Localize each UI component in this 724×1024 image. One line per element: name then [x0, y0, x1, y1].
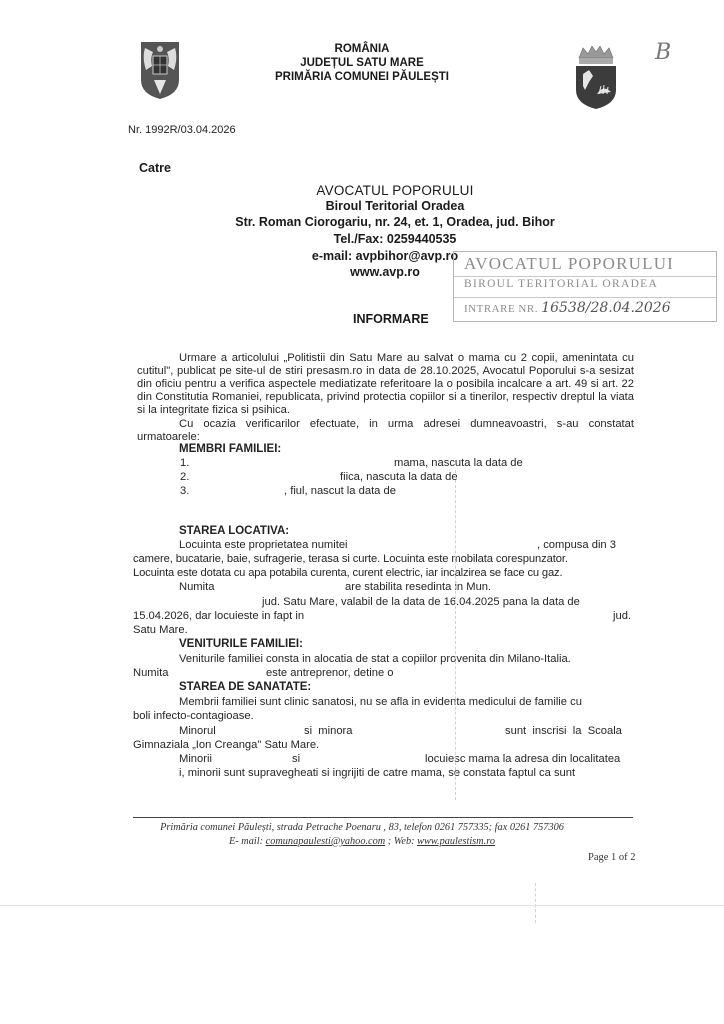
health-line-3b: si minora: [304, 725, 353, 737]
footer-email-link[interactable]: comunapaulesti@yahoo.com: [266, 836, 386, 847]
addressee-address: Str. Roman Ciorogariu, nr. 24, et. 1, Or…: [160, 215, 630, 229]
stamp-divider: [454, 276, 716, 277]
footer-email-label: E- mail:: [229, 836, 263, 847]
family-item-2-text: fiica, nascuta la data de: [340, 471, 458, 483]
footer-contacts: E- mail: comunapaulesti@yahoo.com ; Web:…: [0, 836, 724, 847]
addressee-office: Biroul Teritorial Oradea: [160, 199, 630, 213]
income-line-2a: Numita: [133, 667, 168, 679]
housing-line-2: camere, bucatarie, baie, sufragerie, ter…: [133, 553, 568, 565]
stamp-entry-value: 16538/28.04.2026: [541, 300, 670, 316]
health-line-2: boli infecto-contagioase.: [133, 710, 254, 722]
footer-divider: [133, 817, 633, 818]
housing-line-6b: jud.: [613, 610, 631, 622]
health-line-3a: Minorul: [179, 725, 216, 737]
housing-line-7: Satu Mare.: [133, 624, 188, 636]
footer-web-link[interactable]: www.paulestism.ro: [417, 836, 495, 847]
document-title: INFORMARE: [353, 312, 429, 326]
housing-line-1a: Locuinta este proprietatea numitei: [179, 539, 348, 551]
income-line-2b: este antreprenor, detine o: [266, 667, 394, 679]
housing-line-6a: 15.04.2026, dar locuieste in fapt in: [133, 610, 304, 622]
health-line-4: Gimnaziala „Ion Creanga" Satu Mare.: [133, 739, 319, 751]
addressee-name: AVOCATUL POPORULUI: [160, 183, 630, 198]
health-line-6: i, minorii sunt supravegheati si ingriji…: [179, 767, 575, 779]
scan-fold-line: [535, 883, 536, 923]
page-number: Page 1 of 2: [588, 852, 636, 863]
health-heading: STAREA DE SANATATE:: [179, 681, 311, 693]
family-item-3-text: , fiul, nascut la data de: [284, 485, 396, 497]
stamp-entry: INTRARE NR. 16538/28.04.2026: [464, 300, 671, 316]
income-heading: VENITURILE FAMILIEI:: [179, 638, 303, 650]
stamp-line-1: AVOCATUL POPORULUI: [464, 254, 674, 274]
housing-heading: STAREA LOCATIVA:: [179, 525, 289, 537]
addressee-label: Catre: [139, 161, 171, 175]
housing-line-1b: , compusa din 3: [537, 539, 616, 551]
income-line-1: Veniturile familiei consta in alocatia d…: [179, 653, 571, 665]
housing-line-5: jud. Satu Mare, valabil de la data de 16…: [262, 596, 580, 608]
findings-paragraph: Cu ocazia verificarilor efectuate, in ur…: [137, 418, 634, 444]
addressee-phone: Tel./Fax: 0259440535: [160, 232, 630, 246]
health-line-5b: si: [292, 753, 300, 765]
intro-paragraph: Urmare a articolului „Politistii din Sat…: [137, 352, 634, 417]
registration-number: Nr. 1992R/03.04.2026: [128, 124, 236, 136]
stamp-entry-label: INTRARE NR.: [464, 303, 538, 315]
footer-web-label: ; Web:: [388, 836, 415, 847]
family-members-heading: MEMBRI FAMILIEI:: [179, 443, 281, 455]
scan-fold-line: [455, 470, 456, 800]
family-item-2-number: 2.: [180, 471, 189, 483]
footer-address: Primăria comunei Păulești, strada Petrac…: [0, 822, 724, 833]
paulesti-coat-of-arms-icon: [573, 46, 619, 110]
stamp-line-2: BIROUL TERITORIAL ORADEA: [464, 278, 658, 290]
handwritten-page-mark: B: [655, 40, 671, 65]
family-item-1-number: 1.: [180, 457, 189, 469]
health-line-3c: sunt inscrisi la Scoala: [505, 725, 622, 737]
family-item-3-number: 3.: [180, 485, 189, 497]
health-line-5a: Minorii: [179, 753, 212, 765]
housing-line-3: Locuinta este dotata cu apa potabila cur…: [133, 567, 562, 579]
registry-stamp: AVOCATUL POPORULUI BIROUL TERITORIAL ORA…: [453, 251, 717, 322]
housing-line-4b: are stabilita resedinta in Mun.: [345, 581, 491, 593]
health-line-1: Membrii familiei sunt clinic sanatosi, n…: [179, 696, 582, 708]
housing-line-4a: Numita: [179, 581, 214, 593]
scan-edge-line: [0, 905, 724, 906]
family-item-1-text: mama, nascuta la data de: [394, 457, 523, 469]
stamp-divider: [454, 297, 716, 298]
